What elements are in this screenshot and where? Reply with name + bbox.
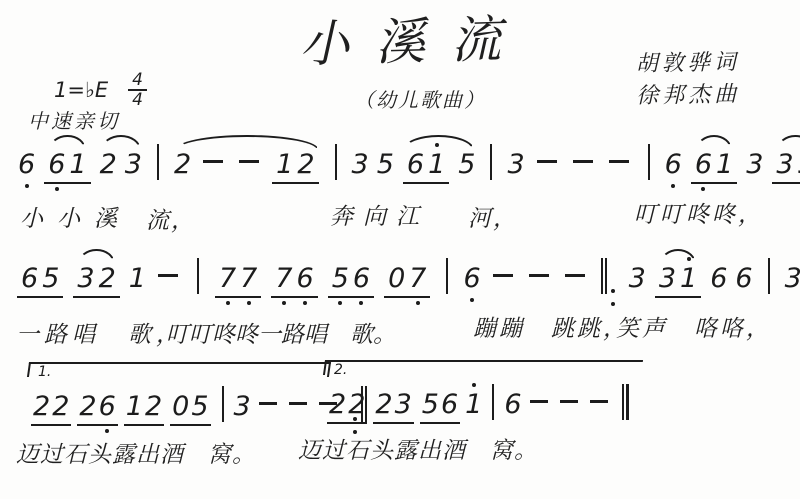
duration-dash — [529, 274, 549, 277]
beamed-slur-group: 35 — [772, 149, 800, 184]
beamed-group: 22 — [327, 389, 367, 424]
beamed-group: 61 — [403, 149, 449, 184]
note: 1 — [69, 151, 86, 178]
note: 1 — [465, 391, 482, 418]
beamed-group: 56 — [328, 263, 374, 298]
barline — [197, 258, 199, 294]
note: 5 — [377, 151, 394, 178]
credits-block: 胡敦骅词 徐邦杰曲 — [635, 47, 740, 113]
composer-credit: 徐邦杰曲 — [636, 79, 741, 113]
note: 6 — [695, 151, 712, 178]
barline — [768, 258, 770, 294]
second-ending: 2. 22235616 — [324, 360, 642, 424]
lyric-segment: 笑声 咯咯， — [616, 310, 772, 343]
slur-group: 615 — [398, 149, 480, 184]
barline — [492, 384, 494, 420]
duration-dash — [203, 160, 223, 163]
note: 6 — [21, 265, 38, 292]
time-signature-numerator: 4 — [128, 72, 147, 91]
note: 7 — [409, 265, 426, 292]
note: 1 — [276, 151, 293, 178]
beamed-group: 22 — [31, 391, 71, 426]
barline — [222, 386, 224, 422]
note: 6 — [665, 151, 682, 178]
note: 3 — [776, 151, 793, 178]
lyric-segment: 蹦蹦 跳跳， — [473, 310, 629, 343]
time-signature: 4 4 — [128, 72, 147, 108]
note: 2 — [297, 151, 314, 178]
lyric-segment: 迈过石头露出酒 窝。 — [298, 432, 538, 465]
beamed-slur-group: 61 — [691, 149, 737, 184]
barline-stroke — [622, 384, 624, 420]
barline-stroke — [626, 384, 629, 420]
note: 3 — [125, 151, 142, 178]
note: 0 — [172, 393, 189, 420]
note: 6 — [48, 151, 65, 178]
duration-dash — [493, 274, 513, 277]
barline — [157, 144, 159, 180]
notation-line-2: 653217776560763316633166 — [12, 258, 800, 315]
note: 1 — [126, 393, 143, 420]
beamed-group: 26 — [77, 391, 117, 426]
note: 3 — [785, 265, 800, 292]
note: 1 — [428, 151, 445, 178]
note: 3 — [629, 265, 646, 292]
note: 2 — [145, 393, 162, 420]
note: 1 — [680, 265, 697, 292]
beamed-group: 07 — [384, 263, 430, 298]
note: 2 — [100, 151, 117, 178]
barline-stroke — [601, 258, 603, 294]
note: 2 — [375, 391, 392, 418]
lyric-segment: 一路唱 歌， — [16, 316, 184, 349]
volta-label: 2. — [334, 362, 347, 378]
beamed-group: 56 — [420, 389, 460, 424]
note: 7 — [275, 265, 292, 292]
note: 3 — [659, 265, 676, 292]
note: 5 — [191, 393, 208, 420]
note: 3 — [77, 265, 94, 292]
note: 5 — [42, 265, 59, 292]
volta-bracket — [323, 360, 643, 375]
barline-stroke — [605, 258, 607, 294]
beamed-group: 12 — [124, 391, 164, 426]
note: 7 — [219, 265, 236, 292]
duration-dash — [158, 274, 178, 277]
beamed-group: 65 — [17, 263, 63, 298]
barline — [446, 258, 448, 294]
lyric-segment: 叮叮咚咚， — [634, 196, 764, 229]
note: 2 — [329, 391, 346, 418]
key-signature: 1=♭E — [54, 78, 108, 102]
note: 6 — [18, 151, 35, 178]
beamed-slur-group: 32 — [73, 263, 119, 298]
notation-line-1: 66123212356153661335 — [14, 144, 800, 184]
lyricist-credit: 胡敦骅词 — [635, 47, 740, 81]
beamed-group: 12 — [272, 149, 318, 184]
beamed-group: 77 — [215, 263, 261, 298]
barline — [335, 144, 337, 180]
volta-label: 1. — [38, 364, 51, 380]
note: 7 — [240, 265, 257, 292]
note: 6 — [353, 265, 370, 292]
lyric-segment: 河， — [468, 200, 518, 233]
lyric-segment: 奔向江 — [330, 198, 429, 231]
beamed-group: 05 — [170, 391, 210, 426]
time-signature-denominator: 4 — [128, 91, 147, 108]
duration-dash — [537, 160, 557, 163]
lyric-segment: 叮叮咚咚一路唱 歌。 — [166, 316, 396, 349]
note: 2 — [348, 391, 365, 418]
note: 1 — [129, 265, 146, 292]
note: 1 — [716, 151, 733, 178]
note: 6 — [297, 265, 314, 292]
first-ending: 1. 222612053 — [28, 362, 330, 443]
note: 5 — [458, 151, 475, 178]
note: 6 — [504, 391, 521, 418]
tempo-marking: 中速亲切 — [28, 105, 120, 134]
note: 3 — [395, 391, 412, 418]
note: 3 — [507, 151, 524, 178]
note: 2 — [33, 393, 50, 420]
note: 6 — [407, 151, 424, 178]
duration-dash — [590, 400, 608, 403]
slur-group: 23 — [96, 149, 146, 180]
note: 6 — [99, 393, 116, 420]
note: 6 — [463, 265, 480, 292]
beamed-slur-group: 61 — [44, 149, 90, 184]
note: 0 — [388, 265, 405, 292]
key-time-row: 1=♭E 4 4 — [54, 72, 147, 108]
note: 6 — [710, 265, 727, 292]
note: 3 — [352, 151, 369, 178]
duration-dash — [289, 402, 307, 405]
beamed-group: 76 — [271, 263, 317, 298]
lyric-segment: 小小溪 — [20, 200, 131, 233]
beamed-group: 23 — [373, 389, 413, 424]
duration-dash — [530, 400, 548, 403]
lyric-segment: 迈过石头露出酒 窝。 — [16, 436, 256, 469]
final-barline — [621, 384, 630, 420]
lyric-segment: 流， — [146, 202, 196, 235]
note: 6 — [735, 265, 752, 292]
note: 3 — [234, 393, 251, 420]
note: 2 — [99, 265, 116, 292]
barline — [490, 144, 492, 180]
duration-dash — [239, 160, 259, 163]
duration-dash — [609, 160, 629, 163]
note: 5 — [422, 391, 439, 418]
sheet-music-page: 小溪流 （幼儿歌曲） 胡敦骅词 徐邦杰曲 1=♭E 4 4 中速亲切 66123… — [0, 0, 800, 499]
barline — [648, 144, 650, 180]
note: 2 — [174, 151, 191, 178]
duration-dash — [259, 402, 277, 405]
note: 2 — [79, 393, 96, 420]
note: 3 — [746, 151, 763, 178]
slur-group: 212 — [170, 149, 324, 184]
note: 5 — [332, 265, 349, 292]
volta-bracket — [27, 362, 331, 377]
beamed-slur-group: 31 — [655, 263, 701, 298]
repeat-start-barline — [600, 258, 618, 315]
duration-dash — [560, 400, 578, 403]
note: 6 — [441, 391, 458, 418]
duration-dash — [573, 160, 593, 163]
note: 2 — [52, 393, 69, 420]
duration-dash — [565, 274, 585, 277]
